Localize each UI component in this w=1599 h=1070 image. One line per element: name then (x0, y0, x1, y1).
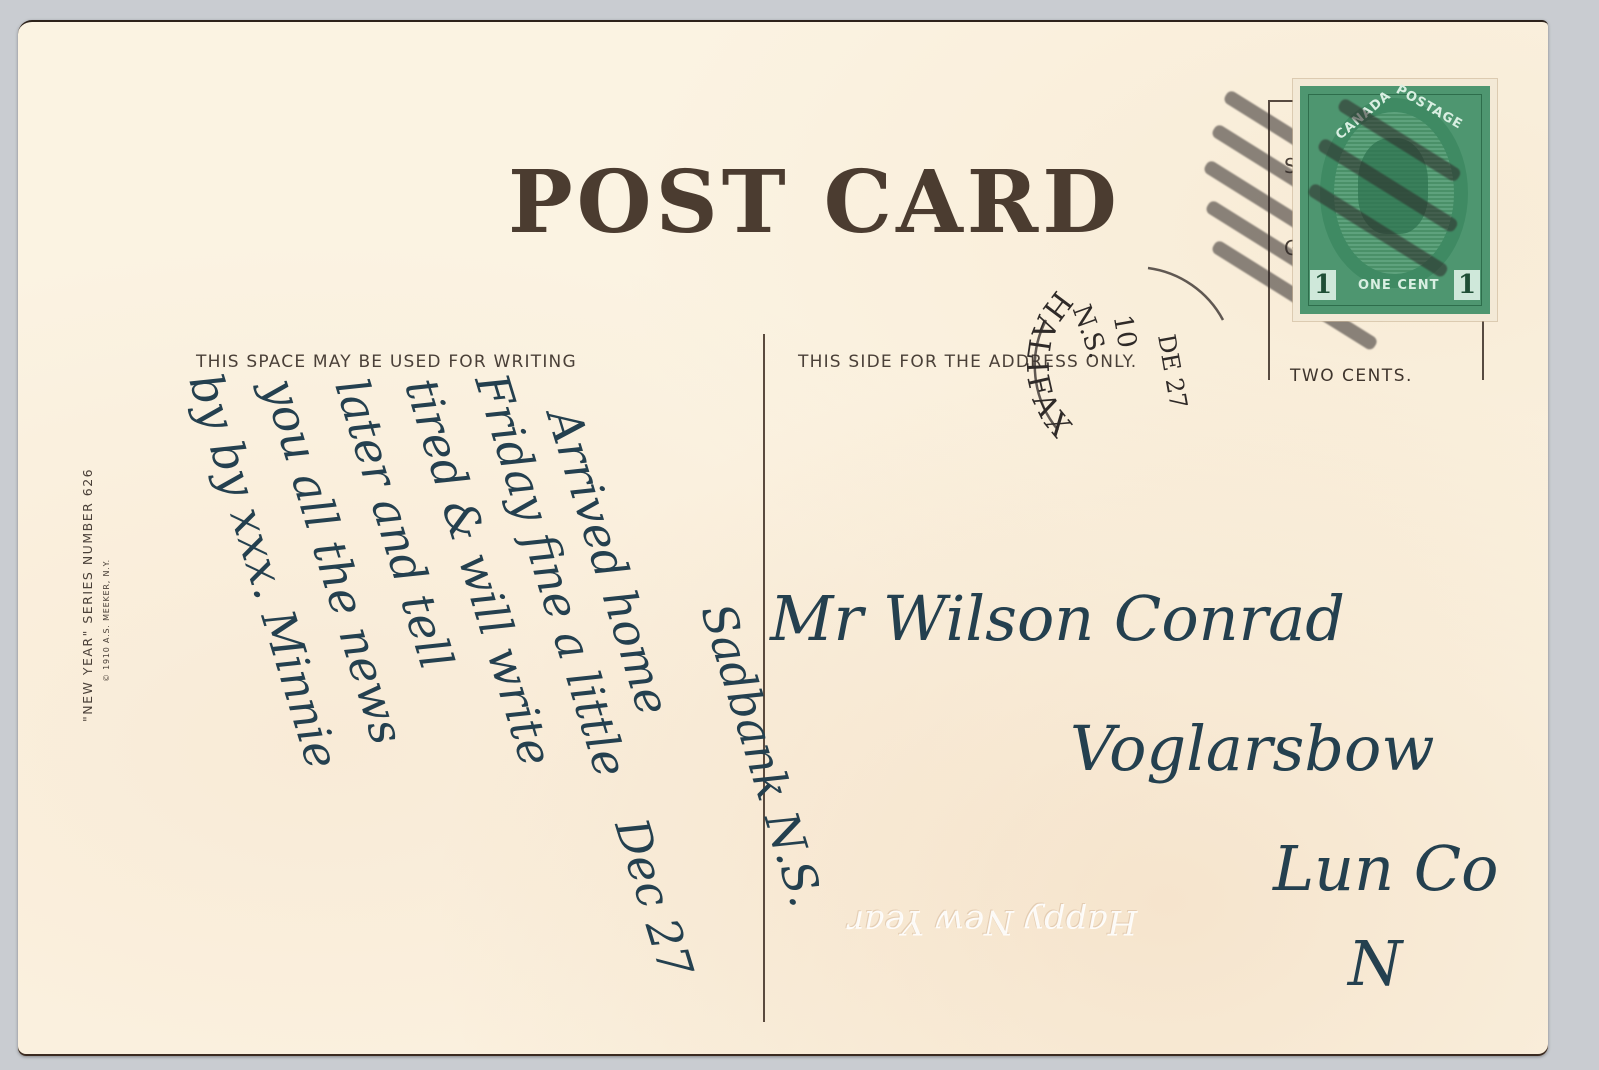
stamp-denomination-right: 1 (1454, 270, 1480, 300)
postmark-year: 10 (1107, 313, 1142, 351)
stamp-denomination-left: 1 (1310, 270, 1336, 300)
embossed-greeting: Happy New Year (848, 902, 1137, 942)
stamp-label-bottom: ONE CENT (1358, 278, 1440, 293)
postmark-date: DE 27 (1152, 332, 1193, 411)
address-line: Voglarsbow (1070, 712, 1434, 785)
postcard-title: POST CARD (508, 152, 1121, 253)
series-number: "NEW YEAR" SERIES NUMBER 626 (80, 468, 95, 722)
stamp-box-value: TWO CENTS. (1290, 366, 1413, 386)
postcard: POST CARD THIS SPACE MAY BE USED FOR WRI… (18, 20, 1548, 1056)
address-line: Lun Co (1273, 832, 1499, 905)
address-line: N (1348, 927, 1402, 1000)
postmark: HALIFAX N.S. 10 DE 27 (1018, 250, 1248, 480)
address-line: Mr Wilson Conrad (770, 582, 1345, 655)
writing-space-caption: THIS SPACE MAY BE USED FOR WRITING (196, 352, 577, 372)
postage-stamp: CANADA POSTAGE ONE CENT 1 1 (1300, 86, 1490, 314)
publisher-copyright: © 1910 A.S. MEEKER, N.Y. (102, 559, 111, 682)
postmark-province: N.S. (1066, 301, 1113, 362)
message-date: Dec 27 (604, 812, 703, 984)
